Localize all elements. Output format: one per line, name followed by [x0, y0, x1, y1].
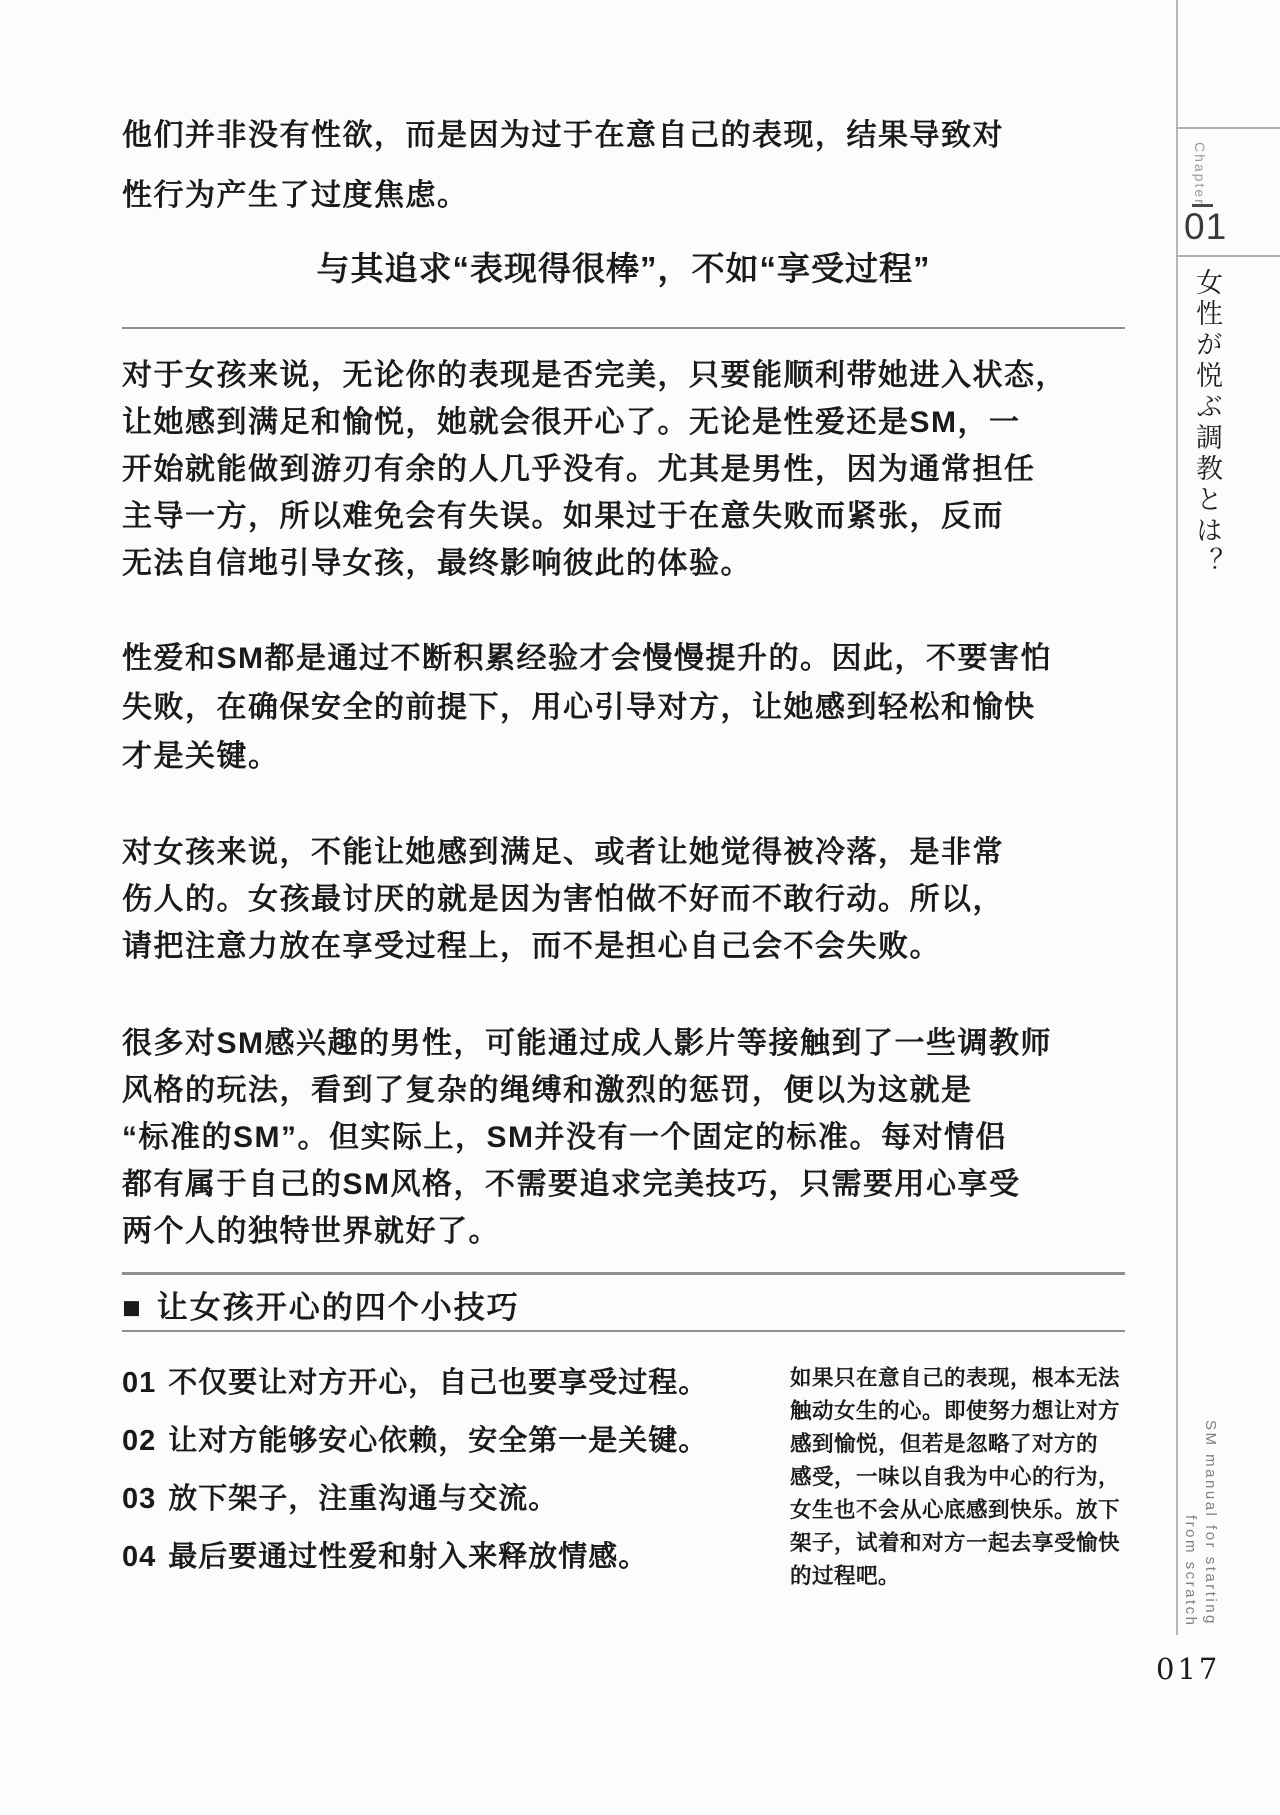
paragraph-line: “标准的SM”。但实际上，SM并没有一个固定的标准。每对情侣	[122, 1112, 1007, 1156]
note-line: 感到愉悦，但若是忽略了对方的	[790, 1427, 1098, 1458]
chapter-number: 01	[1184, 206, 1227, 248]
book-page: 他们并非没有性欲，而是因为过于在意自己的表现，结果导致对 性行为产生了过度焦虑。…	[0, 0, 1280, 1815]
tip-text: 不仅要让对方开心，自己也要享受过程。	[168, 1367, 708, 1399]
sidebar-tick-bottom	[1176, 255, 1280, 257]
tip-text: 放下架子，注重沟通与交流。	[168, 1483, 558, 1515]
book-caption-line2: from scratch	[1182, 1515, 1199, 1628]
note-line: 的过程吧。	[790, 1559, 900, 1590]
tip-text: 让对方能够安心依赖，安全第一是关键。	[168, 1425, 708, 1457]
divider-rule	[122, 327, 1125, 329]
paragraph-line: 失败，在确保安全的前提下，用心引导对方，让她感到轻松和愉快	[122, 682, 1036, 726]
tip-item: 04最后要通过性爱和射入来释放情感。	[122, 1534, 648, 1575]
sidebar-vertical-rule	[1176, 0, 1178, 1635]
note-line: 触动女生的心。即使努力想让对方	[790, 1394, 1120, 1425]
tip-text: 最后要通过性爱和射入来释放情感。	[168, 1541, 648, 1573]
paragraph-line: 请把注意力放在享受过程上，而不是担心自己会不会失败。	[122, 921, 941, 965]
paragraph-line: 伤人的。女孩最讨厌的就是因为害怕做不好而不敢行动。所以，	[122, 874, 1004, 918]
paragraph-line: 才是关键。	[122, 731, 280, 775]
page-number: 017	[1156, 1652, 1220, 1686]
black-square-marker: ■	[122, 1290, 143, 1325]
paragraph-line: 让她感到满足和愉悦，她就会很开心了。无论是性爱还是SM，一	[122, 397, 1021, 441]
note-line: 如果只在意自己的表现，根本无法	[790, 1361, 1120, 1392]
paragraph-line: 主导一方，所以难免会有失误。如果过于在意失败而紧张，反而	[122, 491, 1004, 535]
chapter-title-vertical: 女性が悦ぶ調教とは？	[1188, 268, 1227, 578]
tips-section-title: ■让女孩开心的四个小技巧	[122, 1282, 520, 1327]
section-rule-top	[122, 1272, 1125, 1275]
note-line: 架子，试着和对方一起去享受愉快	[790, 1526, 1120, 1557]
intro-line: 性行为产生了过度焦虑。	[122, 170, 469, 214]
paragraph-line: 无法自信地引导女孩，最终影响彼此的体验。	[122, 538, 752, 582]
tip-item: 02让对方能够安心依赖，安全第一是关键。	[122, 1418, 708, 1459]
intro-line: 他们并非没有性欲，而是因为过于在意自己的表现，结果导致对	[122, 110, 1004, 154]
note-line: 感受，一味以自我为中心的行为，	[790, 1460, 1120, 1491]
sidebar-tick-top	[1176, 127, 1280, 129]
tip-item: 01不仅要让对方开心，自己也要享受过程。	[122, 1360, 708, 1401]
paragraph-line: 对女孩来说，不能让她感到满足、或者让她觉得被冷落，是非常	[122, 827, 1004, 871]
section-rule-bottom	[122, 1330, 1125, 1332]
paragraph-line: 都有属于自己的SM风格，不需要追求完美技巧，只需要用心享受	[122, 1159, 1021, 1203]
book-caption-line1: SM manual for starting	[1202, 1420, 1219, 1626]
paragraph-line: 很多对SM感兴趣的男性，可能通过成人影片等接触到了一些调教师	[122, 1018, 1052, 1062]
tip-number: 02	[122, 1425, 156, 1457]
tip-number: 03	[122, 1483, 156, 1515]
tips-section-title-text: 让女孩开心的四个小技巧	[157, 1290, 520, 1325]
tip-item: 03放下架子，注重沟通与交流。	[122, 1476, 558, 1517]
section-heading: 与其追求“表现得很棒”，不如“享受过程”	[122, 243, 1125, 290]
paragraph-line: 对于女孩来说，无论你的表现是否完美，只要能顺利带她进入状态，	[122, 350, 1067, 394]
note-line: 女生也不会从心底感到快乐。放下	[790, 1493, 1120, 1524]
chapter-label: Chapter	[1192, 142, 1208, 206]
tip-number: 01	[122, 1367, 156, 1399]
paragraph-line: 风格的玩法，看到了复杂的绳缚和激烈的惩罚，便以为这就是	[122, 1065, 973, 1109]
paragraph-line: 开始就能做到游刃有余的人几乎没有。尤其是男性，因为通常担任	[122, 444, 1036, 488]
tip-number: 04	[122, 1541, 156, 1573]
paragraph-line: 性爱和SM都是通过不断积累经验才会慢慢提升的。因此，不要害怕	[122, 633, 1052, 677]
paragraph-line: 两个人的独特世界就好了。	[122, 1206, 500, 1250]
